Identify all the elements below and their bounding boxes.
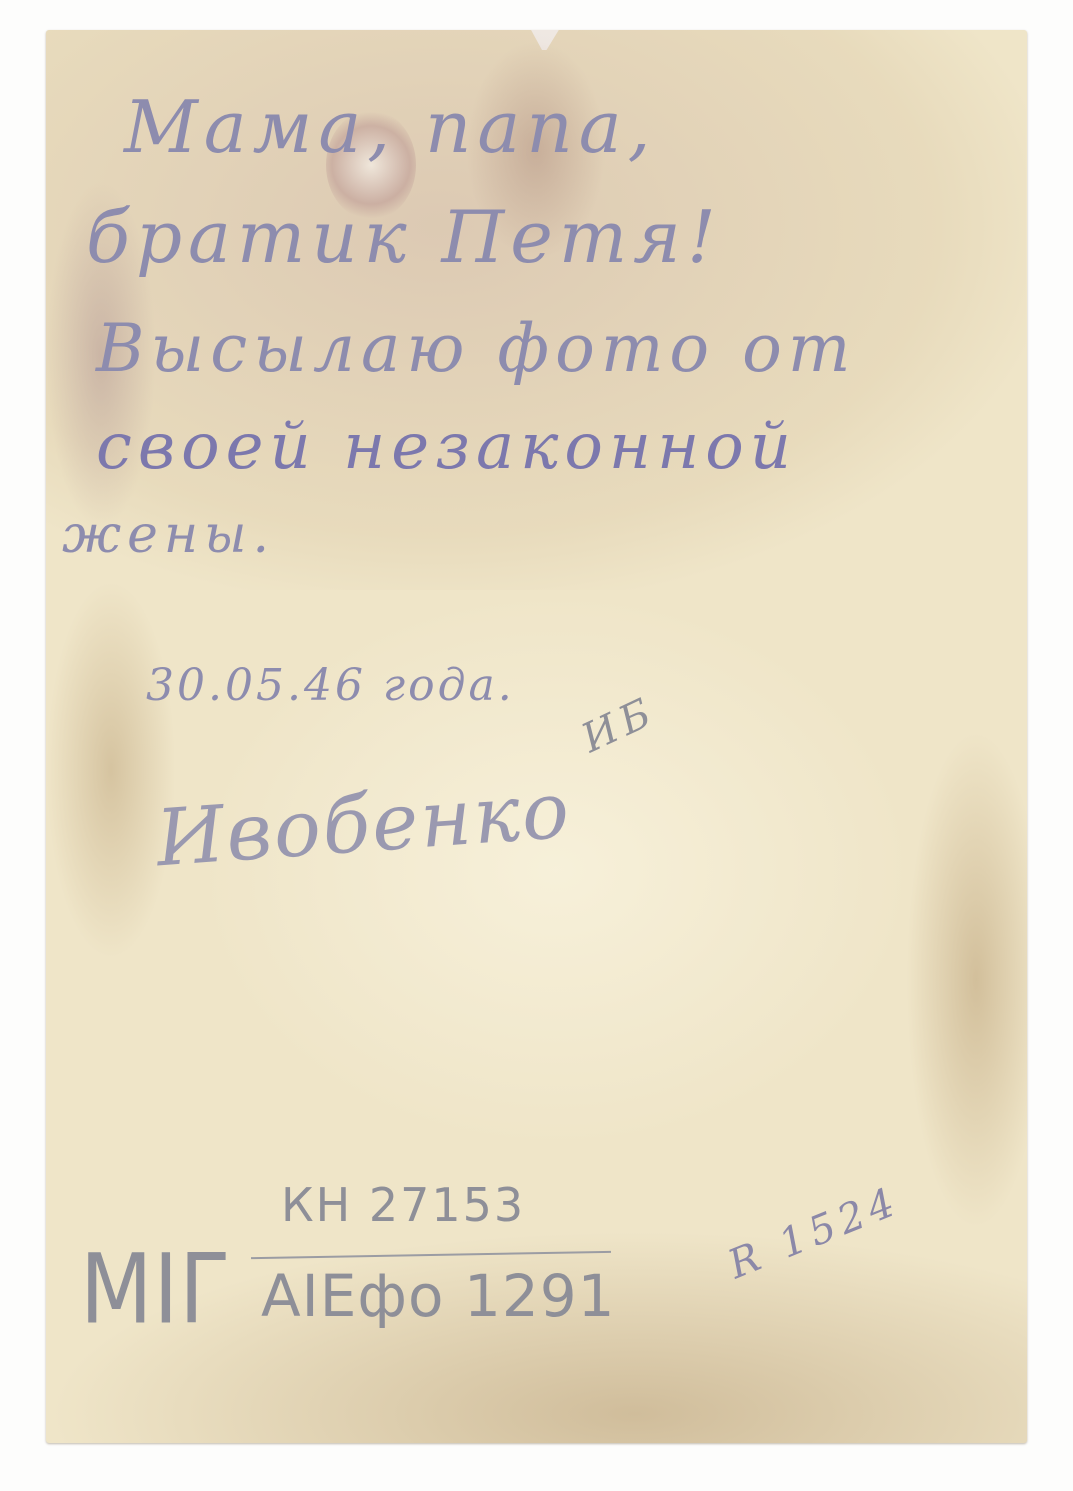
fraction-line: [251, 1251, 611, 1259]
photo-card-back: Мама, папа, братик Петя! Высылаю фото от…: [46, 30, 1027, 1443]
message-line: своей незаконной: [96, 410, 797, 484]
inventory-number-top: КН 27153: [281, 1178, 525, 1232]
inventory-number-bottom: АІЕфо 1291: [261, 1262, 616, 1330]
date-inscription: 30.05.46 года.: [146, 660, 515, 711]
message-line: жены.: [62, 505, 275, 565]
message-line: братик Петя!: [86, 195, 722, 279]
message-line: Высылаю фото от: [96, 310, 856, 387]
message-line: Мама, папа,: [124, 85, 657, 169]
stamp-number: R 1524: [722, 1178, 907, 1288]
stain: [46, 580, 176, 960]
signature: Ивобенко: [153, 766, 573, 885]
torn-notch: [530, 30, 560, 50]
collection-code: МІГ: [80, 1233, 231, 1346]
initials-inscription: ИБ: [575, 688, 664, 762]
stain: [906, 730, 1027, 1230]
